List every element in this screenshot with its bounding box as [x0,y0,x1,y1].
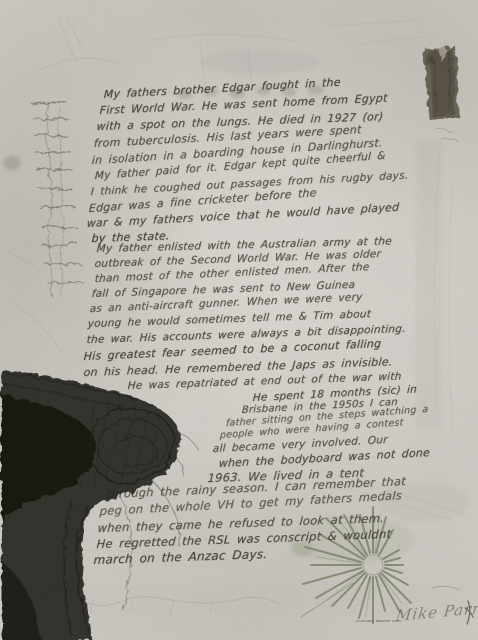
artwork-print: My fathers brother Edgar fought in theFi… [0,0,478,640]
charcoal-layer [0,0,478,640]
charcoal-mass [0,368,196,640]
